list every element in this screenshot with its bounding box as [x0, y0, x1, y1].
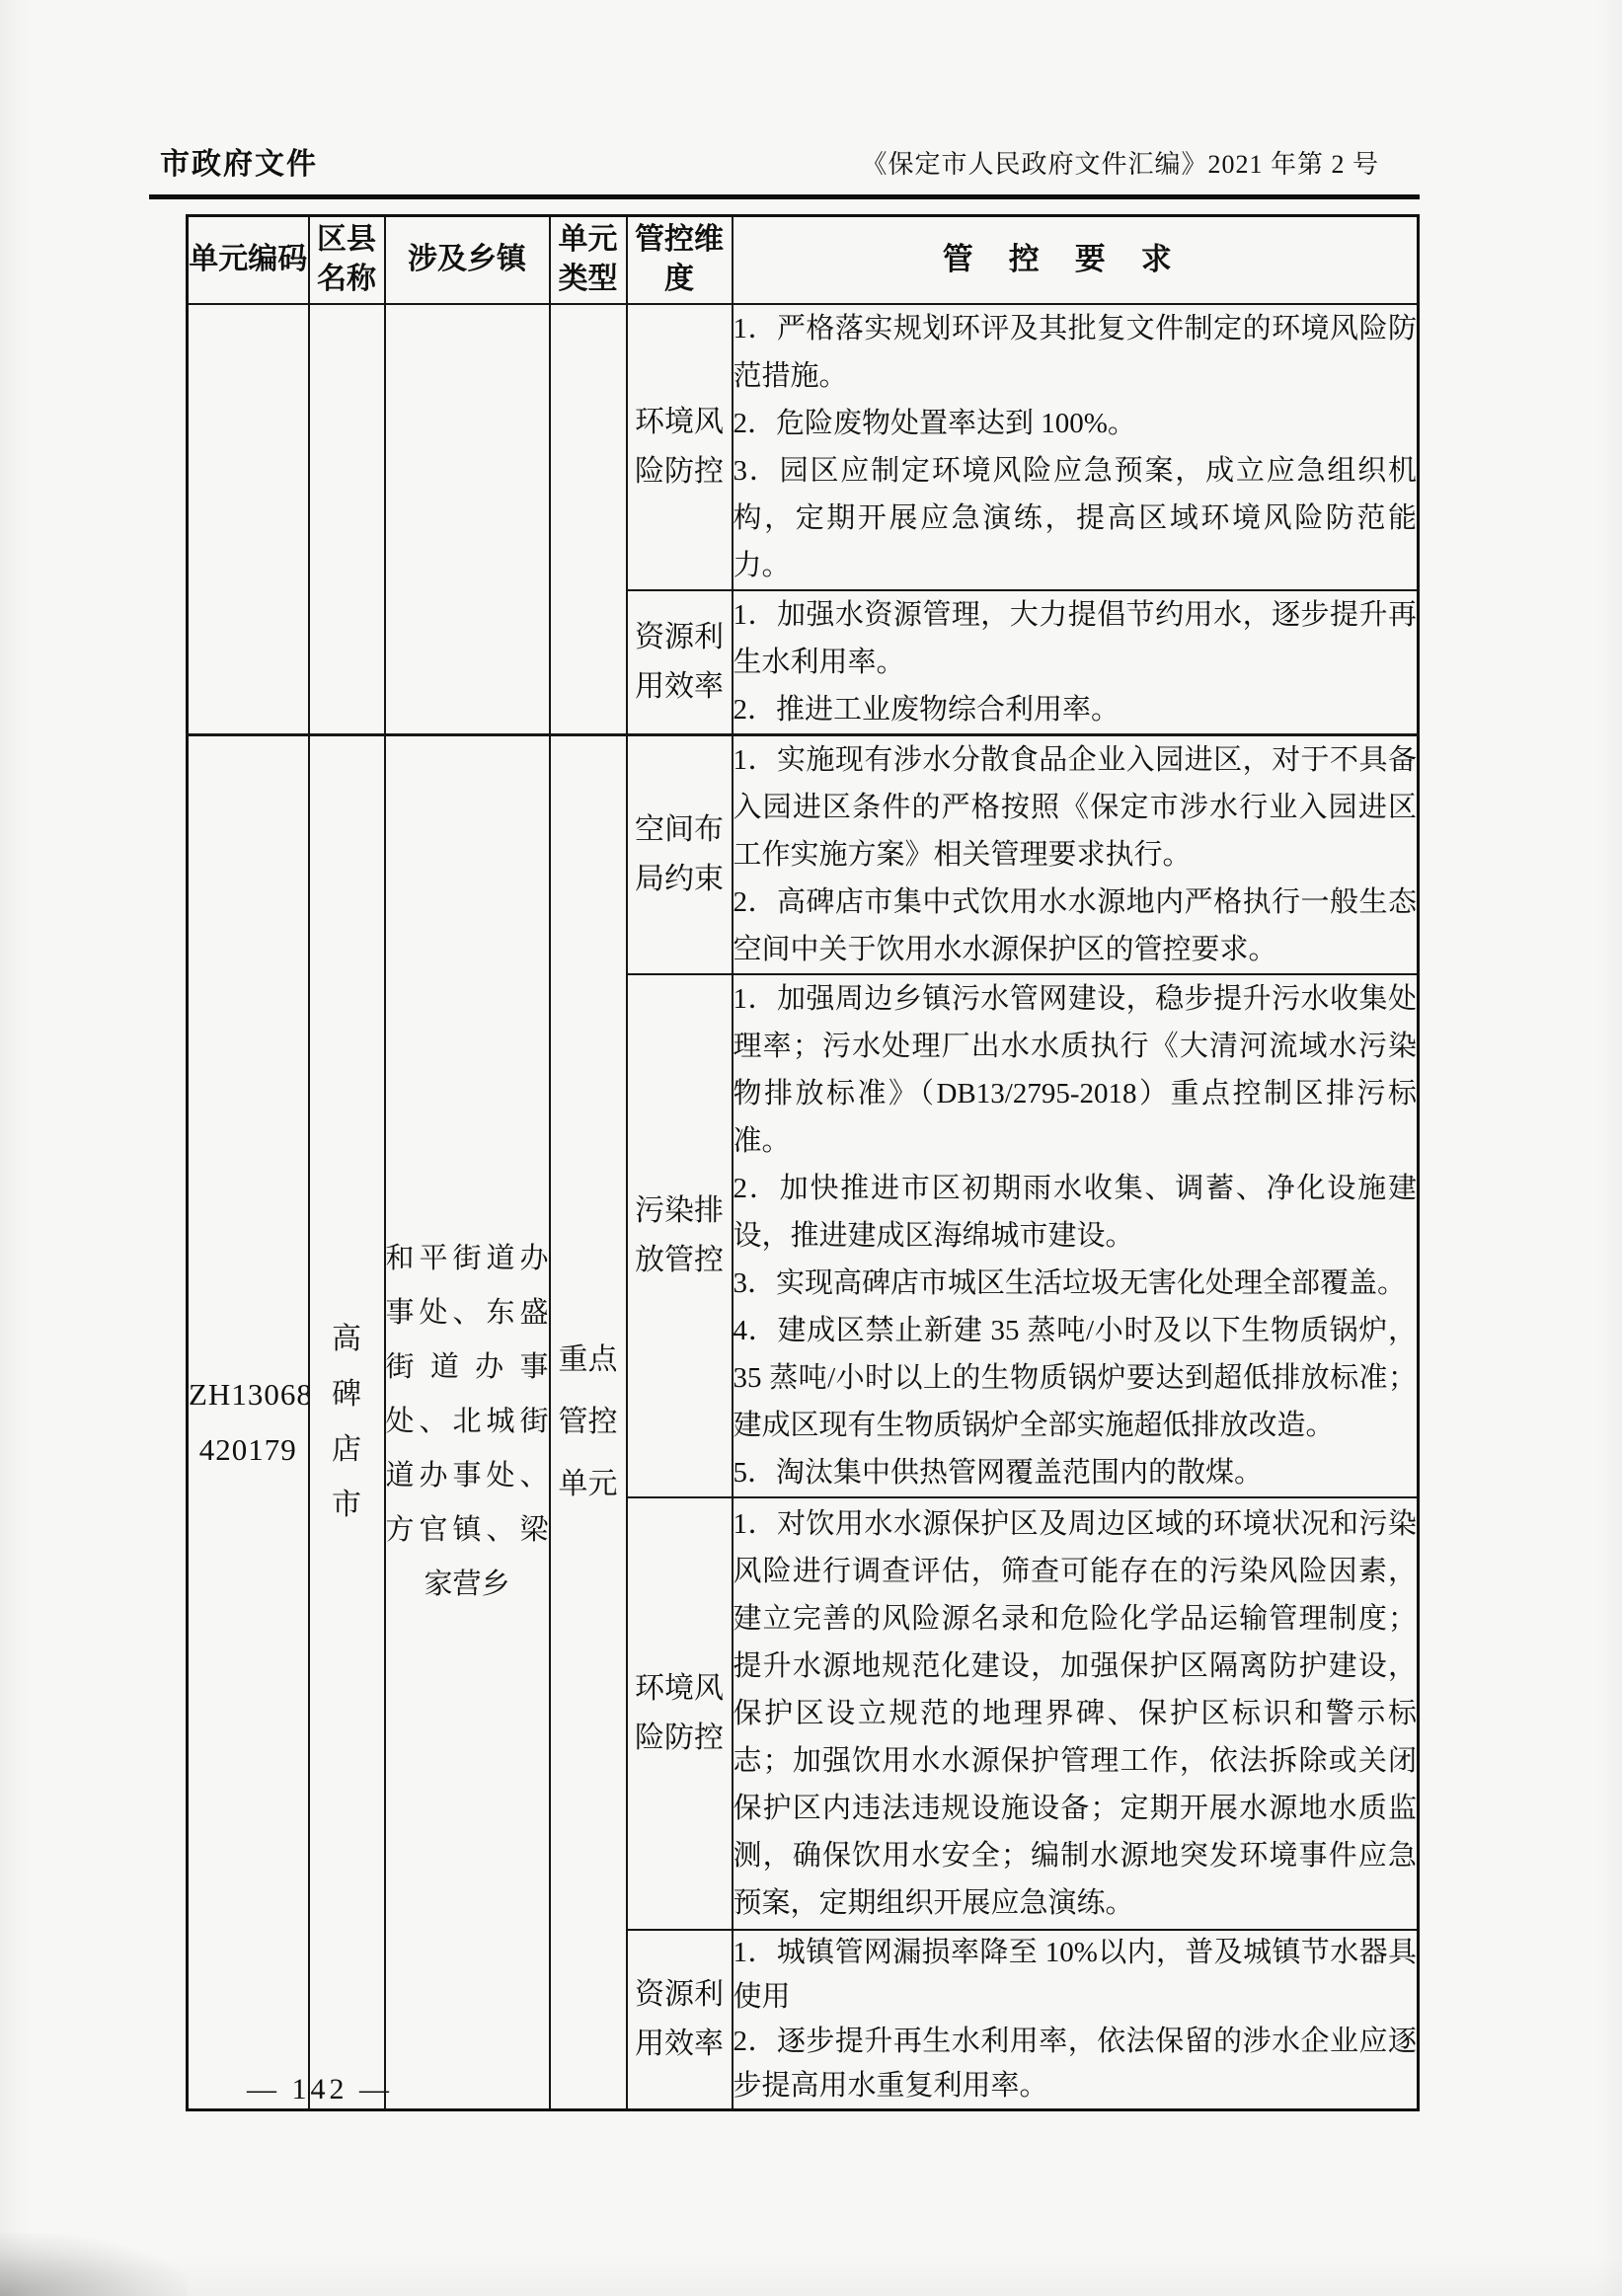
unit-code-line1: ZH13068: [189, 1367, 308, 1422]
col-header-dimension: 管控维度: [627, 216, 733, 304]
compilation-title: 《保定市人民政府文件汇编》2021 年第 2 号: [861, 144, 1379, 181]
table-row: 环境风险防控 1．严格落实规划环评及其批复文件制定的环境风险防范措施。 2．危险…: [188, 304, 1419, 590]
page-number: — 142 —: [247, 2073, 393, 2106]
district-cell-empty: [309, 304, 385, 735]
doc-category-label: 市政府文件: [160, 139, 318, 183]
townships-cell: 和平街道办事处、东盛街道办事处、北城街道办事处、方官镇、梁家营乡: [385, 734, 550, 2110]
requirement-item: 2．加快推进市区初期雨水收集、调蓄、净化设施建设，推进建成区海绵城市建设。: [734, 1165, 1418, 1260]
dimension-cell: 环境风险防控: [627, 304, 733, 590]
requirement-item: 2．推进工业废物综合利用率。: [734, 686, 1418, 733]
table-row: ZH13068 420179 高碑店市 和平街道办事处、东盛街道办事处、北城街道…: [188, 734, 1419, 974]
requirement-item: 5．淘汰集中供热管网覆盖范围内的散煤。: [734, 1449, 1418, 1496]
unit-type-cell-empty: [550, 304, 627, 735]
dimension-cell: 污染排放管控: [627, 974, 733, 1497]
col-header-unit-type: 单元类型: [550, 216, 627, 304]
requirement-item: 1．严格落实规划环评及其批复文件制定的环境风险防范措施。: [734, 305, 1418, 400]
townships-list: 和平街道办事处、东盛街道办事处、北城街道办事处、方官镇、梁家营乡: [386, 1232, 549, 1612]
table-header-row: 单元编码 区县名称 涉及乡镇 单元类型 管控维度 管控要求: [188, 216, 1419, 304]
unit-type-label: 重点管控单元: [558, 1329, 619, 1515]
unit-code-line2: 420179: [189, 1422, 308, 1478]
requirement-item: 2．逐步提升再生水利用率，依法保留的涉水企业应逐步提高用水重复利用率。: [734, 2020, 1418, 2108]
requirements-cell: 1．严格落实规划环评及其批复文件制定的环境风险防范措施。 2．危险废物处置率达到…: [733, 304, 1419, 590]
dimension-cell: 环境风险防控: [627, 1497, 733, 1930]
requirement-item: 1．实施现有涉水分散食品企业入园进区，对于不具备入园进区条件的严格按照《保定市涉…: [734, 736, 1418, 879]
unit-type-cell: 重点管控单元: [550, 734, 627, 2110]
requirement-item: 3．实现高碑店市城区生活垃圾无害化处理全部覆盖。: [734, 1260, 1418, 1307]
requirement-item: 2．高碑店市集中式饮用水水源地内严格执行一般生态空间中关于饮用水水源保护区的管控…: [734, 879, 1418, 973]
col-header-townships: 涉及乡镇: [385, 216, 550, 304]
requirement-item: 3．园区应制定环境风险应急预案，成立应急组织机构，定期开展应急演练，提高区域环境…: [734, 447, 1418, 589]
col-header-requirements: 管控要求: [733, 216, 1419, 304]
requirement-item: 1．对饮用水水源保护区及周边区域的环境状况和污染风险进行调查评估，筛查可能存在的…: [734, 1500, 1418, 1927]
requirements-cell: 1．加强水资源管理，大力提倡节约用水，逐步提升再生水利用率。 2．推进工业废物综…: [733, 590, 1419, 735]
requirement-item: 1．城镇管网漏损率降至 10%以内，普及城镇节水器具使用: [734, 1931, 1418, 2020]
dimension-cell: 资源利用效率: [627, 1930, 733, 2110]
dimension-cell: 资源利用效率: [627, 590, 733, 735]
dimension-cell: 空间布局约束: [627, 734, 733, 974]
col-header-district: 区县名称: [309, 216, 385, 304]
requirement-item: 2．危险废物处置率达到 100%。: [734, 400, 1418, 447]
scan-smudge: [0, 2233, 188, 2296]
requirements-cell: 1．实施现有涉水分散食品企业入园进区，对于不具备入园进区条件的严格按照《保定市涉…: [733, 734, 1419, 974]
unit-code-cell: ZH13068 420179: [188, 734, 309, 2110]
control-requirements-table: 单元编码 区县名称 涉及乡镇 单元类型 管控维度 管控要求 环境风险防控 1．严…: [186, 214, 1420, 2111]
document-page: 市政府文件 《保定市人民政府文件汇编》2021 年第 2 号 单元编码 区县名称…: [0, 0, 1622, 2296]
requirement-item: 1．加强周边乡镇污水管网建设，稳步提升污水收集处理率；污水处理厂出水水质执行《大…: [734, 975, 1418, 1165]
requirement-item: 4．建成区禁止新建 35 蒸吨/小时及以下生物质锅炉，35 蒸吨/小时以上的生物…: [734, 1307, 1418, 1449]
col-header-unit-code: 单元编码: [188, 216, 309, 304]
district-cell: 高碑店市: [309, 734, 385, 2110]
requirements-cell: 1．城镇管网漏损率降至 10%以内，普及城镇节水器具使用 2．逐步提升再生水利用…: [733, 1930, 1419, 2110]
townships-cell-empty: [385, 304, 550, 735]
district-name: 高碑店市: [330, 1312, 363, 1533]
requirements-cell: 1．加强周边乡镇污水管网建设，稳步提升污水收集处理率；污水处理厂出水水质执行《大…: [733, 974, 1419, 1497]
unit-code-cell-empty: [188, 304, 309, 735]
header-rule: [149, 194, 1420, 199]
requirements-cell: 1．对饮用水水源保护区及周边区域的环境状况和污染风险进行调查评估，筛查可能存在的…: [733, 1497, 1419, 1930]
requirement-item: 1．加强水资源管理，大力提倡节约用水，逐步提升再生水利用率。: [734, 591, 1418, 686]
